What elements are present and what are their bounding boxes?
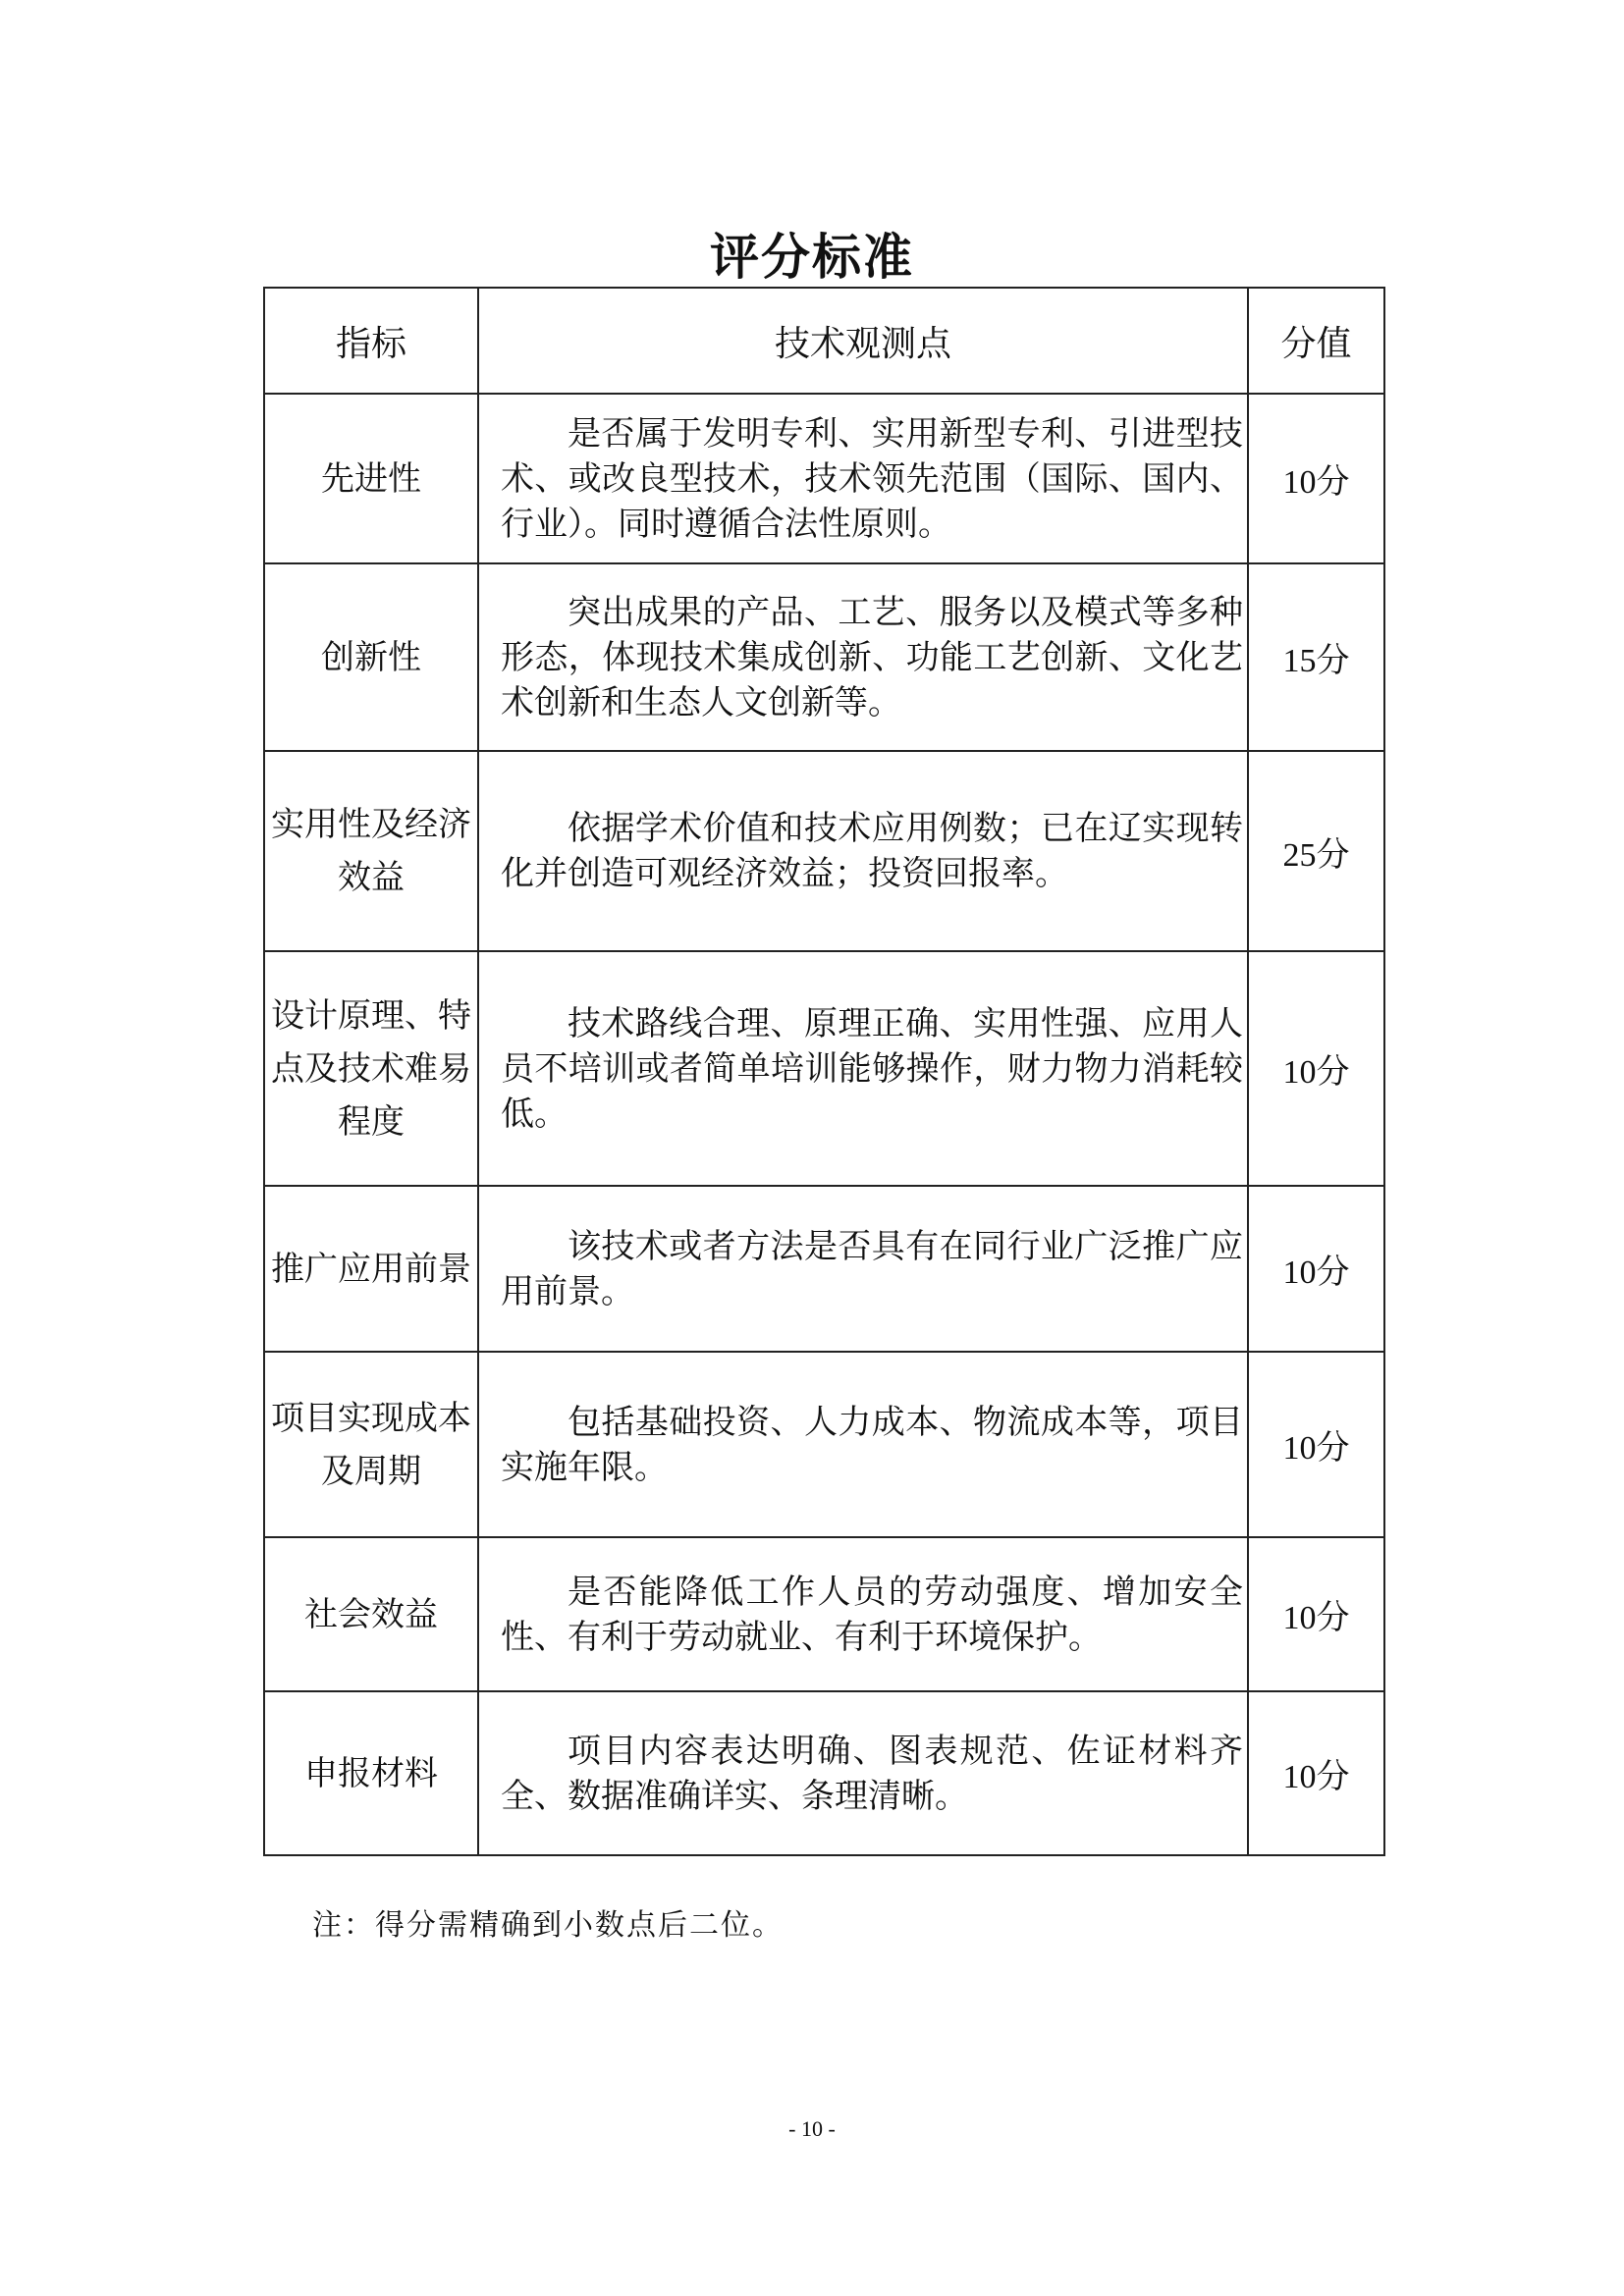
footnote: 注：得分需精确到小数点后二位。 xyxy=(312,1900,784,1944)
score-cell: 10分 xyxy=(1248,1691,1384,1855)
score-cell: 10分 xyxy=(1248,1352,1384,1537)
page-number: - 10 - xyxy=(0,2116,1624,2142)
indicator-cell: 申报材料 xyxy=(264,1691,478,1855)
score-cell: 10分 xyxy=(1248,1537,1384,1691)
table-row: 推广应用前景该技术或者方法是否具有在同行业广泛推广应用前景。10分 xyxy=(264,1186,1384,1352)
score-cell: 10分 xyxy=(1248,394,1384,563)
description-cell: 依据学术价值和技术应用例数；已在辽实现转化并创造可观经济效益；投资回报率。 xyxy=(478,751,1248,951)
indicator-cell: 社会效益 xyxy=(264,1537,478,1691)
table-row: 项目实现成本及周期包括基础投资、人力成本、物流成本等，项目实施年限。10分 xyxy=(264,1352,1384,1537)
indicator-cell: 创新性 xyxy=(264,563,478,751)
description-cell: 项目内容表达明确、图表规范、佐证材料齐全、数据准确详实、条理清晰。 xyxy=(478,1691,1248,1855)
description-cell: 是否能降低工作人员的劳动强度、增加安全性、有利于劳动就业、有利于环境保护。 xyxy=(478,1537,1248,1691)
score-cell: 10分 xyxy=(1248,951,1384,1186)
table-row: 先进性是否属于发明专利、实用新型专利、引进型技术、或改良型技术，技术领先范围（国… xyxy=(264,394,1384,563)
indicator-cell: 设计原理、特点及技术难易程度 xyxy=(264,951,478,1186)
table-row: 设计原理、特点及技术难易程度技术路线合理、原理正确、实用性强、应用人员不培训或者… xyxy=(264,951,1384,1186)
scoring-criteria-table: 指标 技术观测点 分值 先进性是否属于发明专利、实用新型专利、引进型技术、或改良… xyxy=(263,287,1385,1856)
description-cell: 是否属于发明专利、实用新型专利、引进型技术、或改良型技术，技术领先范围（国际、国… xyxy=(478,394,1248,563)
score-cell: 15分 xyxy=(1248,563,1384,751)
description-cell: 突出成果的产品、工艺、服务以及模式等多种形态，体现技术集成创新、功能工艺创新、文… xyxy=(478,563,1248,751)
table-row: 申报材料项目内容表达明确、图表规范、佐证材料齐全、数据准确详实、条理清晰。10分 xyxy=(264,1691,1384,1855)
score-cell: 10分 xyxy=(1248,1186,1384,1352)
table-row: 实用性及经济效益依据学术价值和技术应用例数；已在辽实现转化并创造可观经济效益；投… xyxy=(264,751,1384,951)
indicator-cell: 先进性 xyxy=(264,394,478,563)
page-title: 评分标准 xyxy=(0,218,1624,289)
description-cell: 技术路线合理、原理正确、实用性强、应用人员不培训或者简单培训能够操作，财力物力消… xyxy=(478,951,1248,1186)
score-cell: 25分 xyxy=(1248,751,1384,951)
description-cell: 该技术或者方法是否具有在同行业广泛推广应用前景。 xyxy=(478,1186,1248,1352)
table-header-row: 指标 技术观测点 分值 xyxy=(264,288,1384,394)
header-indicator: 指标 xyxy=(264,288,478,394)
indicator-cell: 推广应用前景 xyxy=(264,1186,478,1352)
table-row: 社会效益是否能降低工作人员的劳动强度、增加安全性、有利于劳动就业、有利于环境保护… xyxy=(264,1537,1384,1691)
indicator-cell: 实用性及经济效益 xyxy=(264,751,478,951)
header-score: 分值 xyxy=(1248,288,1384,394)
header-observation-points: 技术观测点 xyxy=(478,288,1248,394)
description-cell: 包括基础投资、人力成本、物流成本等，项目实施年限。 xyxy=(478,1352,1248,1537)
indicator-cell: 项目实现成本及周期 xyxy=(264,1352,478,1537)
table-row: 创新性突出成果的产品、工艺、服务以及模式等多种形态，体现技术集成创新、功能工艺创… xyxy=(264,563,1384,751)
